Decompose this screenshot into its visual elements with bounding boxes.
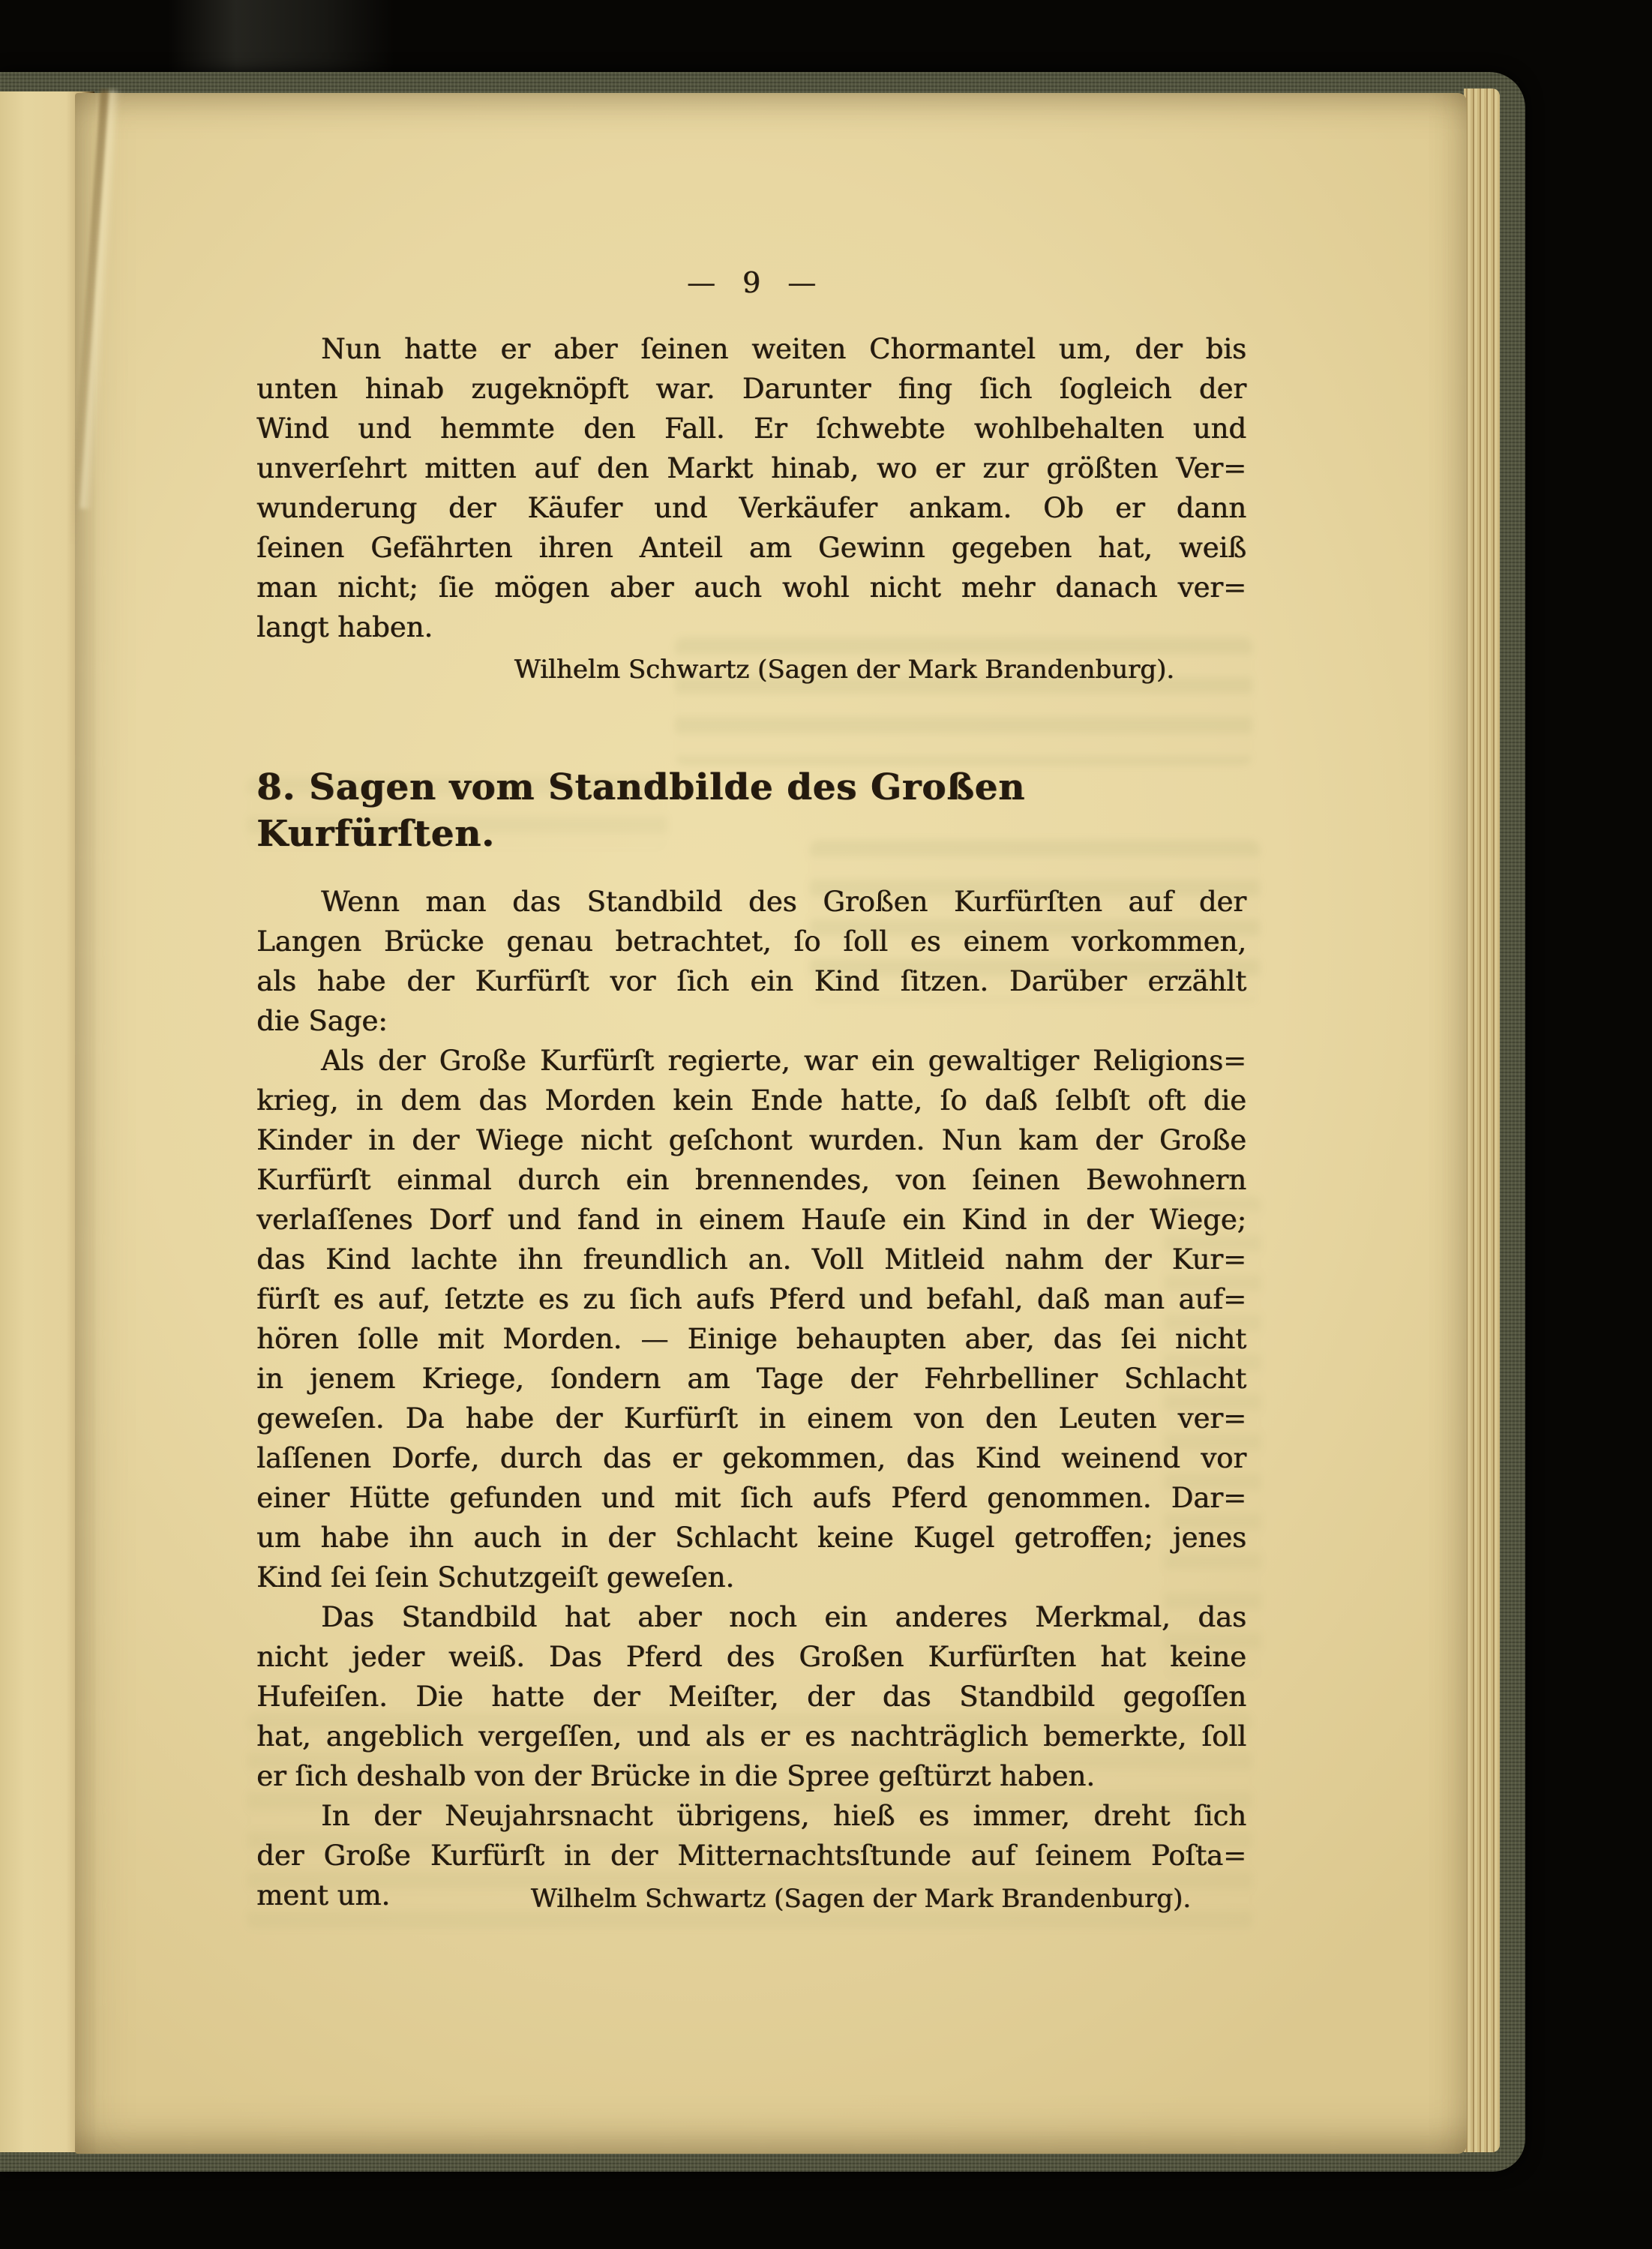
text-line: Hufeiſen. Die hatte der Meiſter, der das…: [256, 1677, 1246, 1717]
page-number-dash-left: —: [687, 263, 715, 303]
text-line: fürſt es auf, ſetzte es zu ſich aufs Pfe…: [256, 1279, 1246, 1319]
text-line: krieg, in dem das Morden kein Ende hatte…: [256, 1081, 1246, 1120]
text-line: wunderung der Käufer und Verkäufer ankam…: [256, 488, 1246, 528]
text-line: laſſenen Dorfe, durch das er gekommen, d…: [256, 1438, 1246, 1478]
text-line: man nicht; ſie mögen aber auch wohl nich…: [256, 568, 1246, 607]
text-line: Kind ſei ſein Schutzgeiſt geweſen.: [256, 1558, 1246, 1597]
text-line: Das Standbild hat aber noch ein anderes …: [256, 1597, 1246, 1637]
text-line: verlaſſenes Dorf und fand in einem Hauſe…: [256, 1200, 1246, 1240]
book-page: — 9 — Nun hatte er aber ſeinen weiten Ch…: [75, 93, 1467, 2154]
paragraph: Wenn man das Standbild des Großen Kurfür…: [256, 882, 1246, 1041]
section-end-of-previous-tale: Nun hatte er aber ſeinen weiten Chormant…: [256, 329, 1246, 686]
page-number-dash-right: —: [787, 263, 816, 303]
text-line: die Sage:: [256, 1001, 1246, 1041]
text-line: einer Hütte gefunden und mit ſich aufs P…: [256, 1478, 1246, 1518]
text-line: In der Neujahrsnacht übrigens, hieß es i…: [256, 1796, 1246, 1836]
text-line: ſeinen Gefährten ihren Anteil am Gewinn …: [256, 528, 1246, 568]
text-line: Kurfürſt einmal durch ein brennendes, vo…: [256, 1160, 1246, 1200]
text-line: nicht jeder weiß. Das Pferd des Großen K…: [256, 1637, 1246, 1677]
text-line: unten hinab zugeknöpft war. Darunter fin…: [256, 369, 1246, 409]
text-line: das Kind lachte ihn freundlich an. Voll …: [256, 1240, 1246, 1279]
source-attribution: Wilhelm Schwartz (Sagen der Mark Branden…: [256, 653, 1246, 686]
text-line: der Große Kurfürſt in der Mitternachtsſt…: [256, 1836, 1246, 1876]
text-block: — 9 — Nun hatte er aber ſeinen weiten Ch…: [256, 329, 1246, 1915]
text-line: Kinder in der Wiege nicht geſchont wurde…: [256, 1120, 1246, 1160]
paragraph-group: Nun hatte er aber ſeinen weiten Chormant…: [256, 329, 1246, 647]
paragraph: Das Standbild hat aber noch ein anderes …: [256, 1597, 1246, 1796]
paragraph: Als der Große Kurfürſt regierte, war ein…: [256, 1041, 1246, 1597]
section-standbild-sage: 8. Sagen vom Standbilde des Großen Kurfü…: [256, 764, 1246, 1915]
text-line: als habe der Kurfürſt vor ſich ein Kind …: [256, 961, 1246, 1001]
text-line: geweſen. Da habe der Kurfürſt in einem v…: [256, 1399, 1246, 1438]
paragraph-group: Wenn man das Standbild des Großen Kurfür…: [256, 882, 1246, 1915]
section-heading: 8. Sagen vom Standbilde des Großen Kurfü…: [256, 764, 1246, 857]
text-line: Wenn man das Standbild des Großen Kurfür…: [256, 882, 1246, 922]
page-edge-stack-right: [1464, 88, 1500, 2152]
text-line: langt haben.: [256, 607, 1246, 647]
text-line: unverſehrt mitten auf den Markt hinab, w…: [256, 448, 1246, 488]
scan-background: — 9 — Nun hatte er aber ſeinen weiten Ch…: [0, 0, 1652, 2249]
text-line: Wind und hemmte den Fall. Er ſchwebte wo…: [256, 409, 1246, 448]
text-line: hat, angeblich vergeſſen, und als er es …: [256, 1717, 1246, 1756]
spine-shadow: [169, 0, 394, 75]
source-attribution: Wilhelm Schwartz (Sagen der Mark Branden…: [256, 1882, 1246, 1915]
text-line: Langen Brücke genau betrachtet, ſo ſoll …: [256, 922, 1246, 961]
text-line: hören ſolle mit Morden. — Einige behaupt…: [256, 1319, 1246, 1359]
page-number: — 9 —: [256, 263, 1246, 303]
text-line: er ſich deshalb von der Brücke in die Sp…: [256, 1756, 1246, 1796]
text-line: um habe ihn auch in der Schlacht keine K…: [256, 1518, 1246, 1558]
text-line: Als der Große Kurfürſt regierte, war ein…: [256, 1041, 1246, 1081]
paragraph: Nun hatte er aber ſeinen weiten Chormant…: [256, 329, 1246, 647]
page-number-value: 9: [742, 263, 760, 303]
text-line: Nun hatte er aber ſeinen weiten Chormant…: [256, 329, 1246, 369]
text-line: in jenem Kriege, ſondern am Tage der Feh…: [256, 1359, 1246, 1399]
